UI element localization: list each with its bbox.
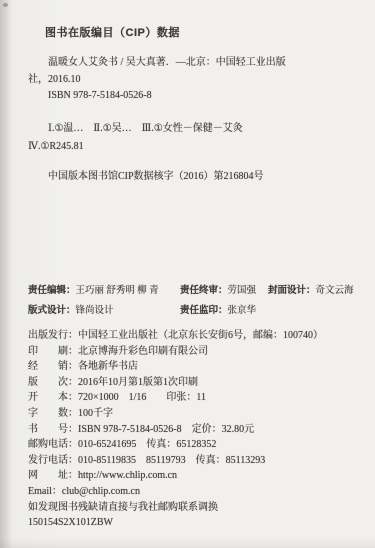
- colophon-row-format: 开 本：720×1000 1/16 印张：11: [28, 390, 367, 406]
- credit-cover-design-label: 封面设计：: [268, 285, 316, 296]
- cip-description-line2: 社，2016.10: [28, 72, 361, 89]
- credits-row-1: 责任编辑：王巧丽 舒秀明 柳 青责任终审：劳国强封面设计：奇文云海: [28, 281, 367, 301]
- colophon-row-distribution-phone: 发行电话：010-85119835 85119793 传真：85113293: [28, 453, 367, 469]
- label: 出版发行：: [28, 330, 78, 341]
- book-copyright-page: 图书在版编目（CIP）数据 温暖女人艾灸书 / 吴大真著．—北京：中国轻工业出版…: [0, 0, 375, 548]
- label: 经 销：: [28, 361, 78, 372]
- colophon-row-publisher: 出版发行：中国轻工业出版社（北京东长安街6号，邮编：100740）: [28, 328, 367, 344]
- credit-editor: 责任编辑：王巧丽 舒秀明 柳 青: [28, 281, 180, 301]
- value: http://www.chlip.com.cn: [78, 470, 177, 481]
- label: 印 刷：: [28, 346, 78, 357]
- scan-edge-shadow: [0, 0, 12, 548]
- label: 版 次：: [28, 377, 78, 388]
- label: 开 本：: [28, 392, 78, 403]
- credit-cover-design-value: 奇文云海: [316, 286, 354, 296]
- value: 北京博海升彩色印刷有限公司: [78, 346, 208, 357]
- value: 中国轻工业出版社（北京东长安街6号，邮编：100740）: [78, 330, 323, 341]
- colophon-block: 出版发行：中国轻工业出版社（北京东长安街6号，邮编：100740） 印 刷：北京…: [28, 328, 367, 531]
- credit-print-supervisor-value: 张京华: [228, 306, 257, 316]
- label: 邮购电话：: [28, 439, 78, 450]
- credit-layout-design-value: 锋尚设计: [76, 306, 114, 316]
- value: 各地新华书店: [78, 361, 138, 372]
- colophon-row-website: 网 址：http://www.chlip.com.cn: [28, 468, 367, 484]
- cip-record-number: 中国版本图书馆CIP数据核字（2016）第216804号: [48, 167, 264, 182]
- value: 010-65241695 传真：65128352: [78, 439, 216, 450]
- credit-final-reviewer: 责任终审：劳国强: [180, 281, 268, 301]
- cip-header: 图书在版编目（CIP）数据: [45, 24, 180, 40]
- cip-classification: Ⅰ.①温… Ⅱ.①吴… Ⅲ.①女性－保健－艾灸 Ⅳ.①R245.81: [28, 120, 361, 155]
- credit-editor-label: 责任编辑：: [28, 285, 76, 296]
- credit-cover-design: 封面设计：奇文云海: [268, 286, 354, 296]
- colophon-row-wordcount: 字 数：100千字: [28, 406, 367, 422]
- colophon-row-printer: 印 刷：北京博海升彩色印刷有限公司: [28, 344, 367, 360]
- returns-notice: 如发现图书残缺请直接与我社邮购联系调换: [28, 500, 367, 516]
- credit-final-reviewer-value: 劳国强: [228, 286, 257, 296]
- label: Email：: [28, 486, 62, 497]
- value: 720×1000 1/16 印张：11: [78, 392, 206, 403]
- credits-block: 责任编辑：王巧丽 舒秀明 柳 青责任终审：劳国强封面设计：奇文云海 版式设计：锋…: [28, 281, 367, 321]
- isbn-line: ISBN 978-7-5184-0526-8: [28, 88, 361, 105]
- value: 100千字: [78, 408, 113, 419]
- credit-layout-design-label: 版式设计：: [28, 305, 76, 316]
- value: 010-85119835 85119793 传真：85113293: [78, 455, 265, 466]
- value: ISBN 978-7-5184-0526-8 定价：32.80元: [78, 424, 254, 435]
- cip-description-line1: 温暖女人艾灸书 / 吴大真著．—北京：中国轻工业出版: [28, 55, 361, 72]
- value: club@chlip.com.cn: [62, 486, 140, 497]
- colophon-row-mailorder-phone: 邮购电话：010-65241695 传真：65128352: [28, 437, 367, 453]
- label: 书 号：: [28, 424, 78, 435]
- credit-layout-design: 版式设计：锋尚设计: [28, 301, 180, 321]
- credit-final-reviewer-label: 责任终审：: [180, 285, 228, 296]
- scan-artifact: [3, 3, 8, 7]
- colophon-row-edition: 版 次：2016年10月第1版第1次印刷: [28, 375, 367, 391]
- scan-bottom-shadow: [0, 538, 375, 548]
- classification-line2: Ⅳ.①R245.81: [28, 138, 361, 156]
- colophon-row-distributor: 经 销：各地新华书店: [28, 359, 367, 375]
- classification-line1: Ⅰ.①温… Ⅱ.①吴… Ⅲ.①女性－保健－艾灸: [28, 120, 361, 138]
- label: 发行电话：: [28, 455, 78, 466]
- colophon-row-email: Email：club@chlip.com.cn: [28, 484, 367, 500]
- credit-print-supervisor-label: 责任监印：: [180, 305, 228, 316]
- label: 字 数：: [28, 408, 78, 419]
- credit-editor-value: 王巧丽 舒秀明 柳 青: [76, 286, 159, 296]
- colophon-row-isbn-price: 书 号：ISBN 978-7-5184-0526-8 定价：32.80元: [28, 422, 367, 438]
- value: 2016年10月第1版第1次印刷: [78, 377, 198, 388]
- cip-description: 温暖女人艾灸书 / 吴大真著．—北京：中国轻工业出版 社，2016.10 ISB…: [28, 55, 361, 105]
- print-code: 150154S2X101ZBW: [28, 515, 367, 531]
- credits-row-2: 版式设计：锋尚设计责任监印：张京华: [28, 301, 367, 321]
- label: 网 址：: [28, 470, 78, 481]
- credit-print-supervisor: 责任监印：张京华: [180, 301, 268, 321]
